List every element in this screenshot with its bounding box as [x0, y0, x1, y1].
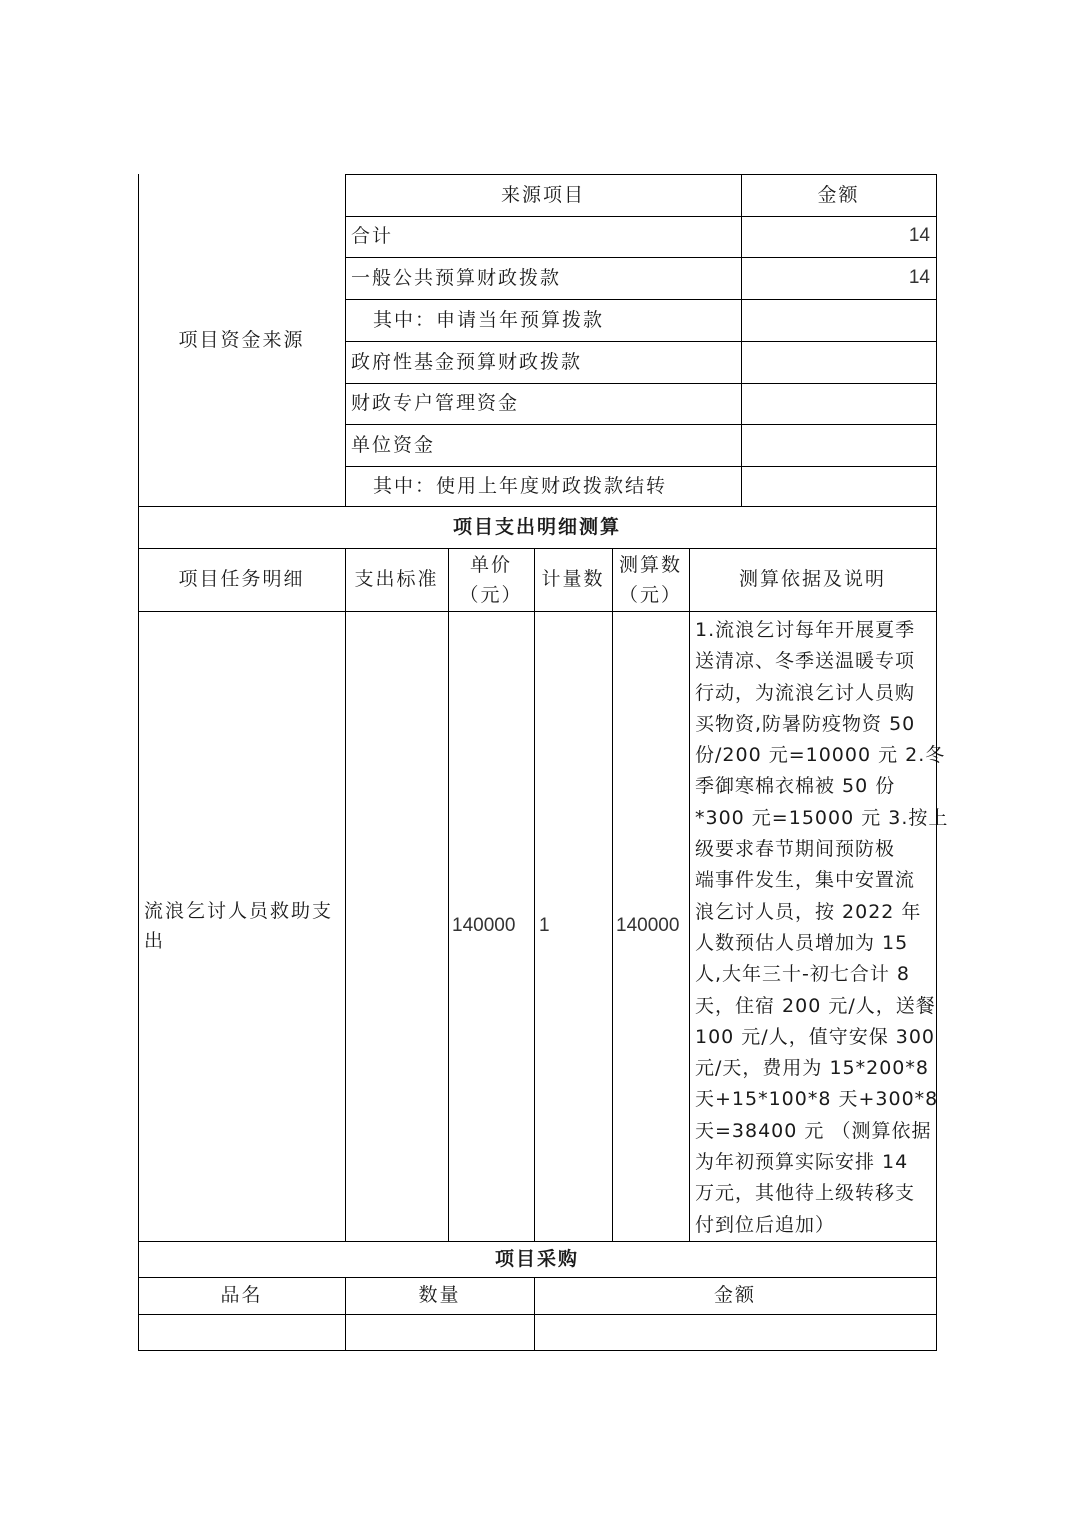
grid-line	[138, 611, 937, 612]
expense-detail-title: 项目支出明细测算	[138, 506, 936, 548]
funding-row-amount: 14	[741, 257, 936, 299]
header-basis: 测算依据及说明	[689, 548, 936, 611]
funding-row-label: 单位资金	[345, 424, 741, 466]
grid-line	[534, 1277, 535, 1350]
header-standard: 支出标准	[345, 548, 448, 611]
grid-line	[345, 174, 937, 175]
header-estimate-line1: 测算数	[619, 550, 682, 580]
task-name-line2: 出	[144, 926, 165, 956]
grid-line	[138, 506, 937, 507]
funding-section-label: 项目资金来源	[138, 174, 345, 506]
funding-row-amount	[741, 383, 936, 424]
grid-line	[689, 548, 690, 1241]
procurement-title: 项目采购	[138, 1241, 936, 1277]
grid-line	[138, 1241, 937, 1242]
grid-line	[345, 174, 346, 506]
grid-line	[345, 341, 937, 342]
basis-line: 万元，其他待上级转移支	[695, 1178, 932, 1209]
header-unit-price: 单价 （元）	[448, 548, 534, 611]
basis-line: 浪乞讨人员，按 2022 年	[695, 897, 932, 928]
header-unit-price-line1: 单价	[470, 550, 512, 580]
grid-line	[345, 424, 937, 425]
grid-line	[138, 1277, 937, 1278]
funding-row-amount	[741, 341, 936, 383]
grid-line	[138, 548, 937, 549]
basis-line: 买物资,防暑防疫物资 50	[695, 709, 932, 740]
funding-row-amount	[741, 424, 936, 466]
grid-line	[345, 466, 937, 467]
basis-line: 为年初预算实际安排 14	[695, 1147, 932, 1178]
grid-line	[138, 1350, 937, 1351]
procurement-header-quantity: 数量	[345, 1277, 534, 1314]
basis-line: *300 元=15000 元 3.按上	[695, 803, 932, 834]
table-border-right	[936, 174, 937, 1351]
basis-line: 季御寒棉衣棉被 50 份	[695, 771, 932, 802]
task-basis: 1.流浪乞讨每年开展夏季 送清凉、冬季送温暖专项 行动，为流浪乞讨人员购 买物资…	[689, 613, 936, 1241]
basis-line: 人,大年三十-初七合计 8	[695, 959, 932, 990]
basis-line: 100 元/人，值守安保 300	[695, 1022, 932, 1053]
basis-line: 天=38400 元 （测算依据	[695, 1116, 932, 1147]
task-standard	[345, 611, 448, 1241]
funding-header-amount: 金额	[741, 174, 936, 216]
header-estimate: 测算数 （元）	[612, 548, 689, 611]
funding-header-source: 来源项目	[345, 174, 741, 216]
basis-line: 付到位后追加）	[695, 1210, 932, 1241]
basis-line: 端事件发生，集中安置流	[695, 865, 932, 896]
procurement-cell-amount	[534, 1314, 936, 1350]
grid-line	[448, 548, 449, 1241]
task-estimate: 140000	[612, 611, 689, 1241]
grid-line	[345, 216, 937, 217]
funding-row-label: 合计	[345, 216, 741, 257]
grid-line	[345, 1277, 346, 1350]
basis-line: 人数预估人员增加为 15	[695, 928, 932, 959]
funding-row-amount: 14	[741, 216, 936, 257]
basis-line: 天+15*100*8 天+300*8	[695, 1084, 932, 1115]
header-unit-price-line2: （元）	[459, 580, 522, 610]
basis-line: 份/200 元=10000 元 2.冬	[695, 740, 932, 771]
grid-line	[345, 299, 937, 300]
procurement-cell-name	[138, 1314, 345, 1350]
grid-line	[345, 383, 937, 384]
header-quantity: 计量数	[534, 548, 612, 611]
task-unit-price: 140000	[448, 611, 534, 1241]
grid-line	[741, 174, 742, 506]
basis-line: 1.流浪乞讨每年开展夏季	[695, 615, 932, 646]
basis-line: 天，住宿 200 元/人，送餐	[695, 991, 932, 1022]
basis-line: 行动，为流浪乞讨人员购	[695, 678, 932, 709]
procurement-cell-quantity	[345, 1314, 534, 1350]
grid-line	[612, 548, 613, 1241]
procurement-header-name: 品名	[138, 1277, 345, 1314]
grid-line	[345, 548, 346, 1241]
procurement-header-amount: 金额	[534, 1277, 936, 1314]
basis-line: 送清凉、冬季送温暖专项	[695, 646, 932, 677]
basis-line: 级要求春节期间预防极	[695, 834, 932, 865]
funding-row-label: 财政专户管理资金	[345, 383, 741, 424]
funding-row-amount	[741, 466, 936, 506]
header-task: 项目任务明细	[138, 548, 345, 611]
funding-row-label: 政府性基金预算财政拨款	[345, 341, 741, 383]
grid-line	[345, 257, 937, 258]
funding-row-label: 其中：使用上年度财政拨款结转	[345, 466, 741, 506]
grid-line	[534, 548, 535, 1241]
funding-row-label: 一般公共预算财政拨款	[345, 257, 741, 299]
funding-row-label: 其中：申请当年预算拨款	[345, 299, 741, 341]
basis-line: 元/天，费用为 15*200*8	[695, 1053, 932, 1084]
table-border-left	[138, 174, 139, 1351]
task-name: 流浪乞讨人员救助支 出	[138, 611, 345, 1241]
task-name-line1: 流浪乞讨人员救助支	[144, 896, 333, 926]
grid-line	[138, 1314, 937, 1315]
task-quantity: 1	[534, 611, 612, 1241]
header-estimate-line2: （元）	[619, 580, 682, 610]
funding-row-amount	[741, 299, 936, 341]
